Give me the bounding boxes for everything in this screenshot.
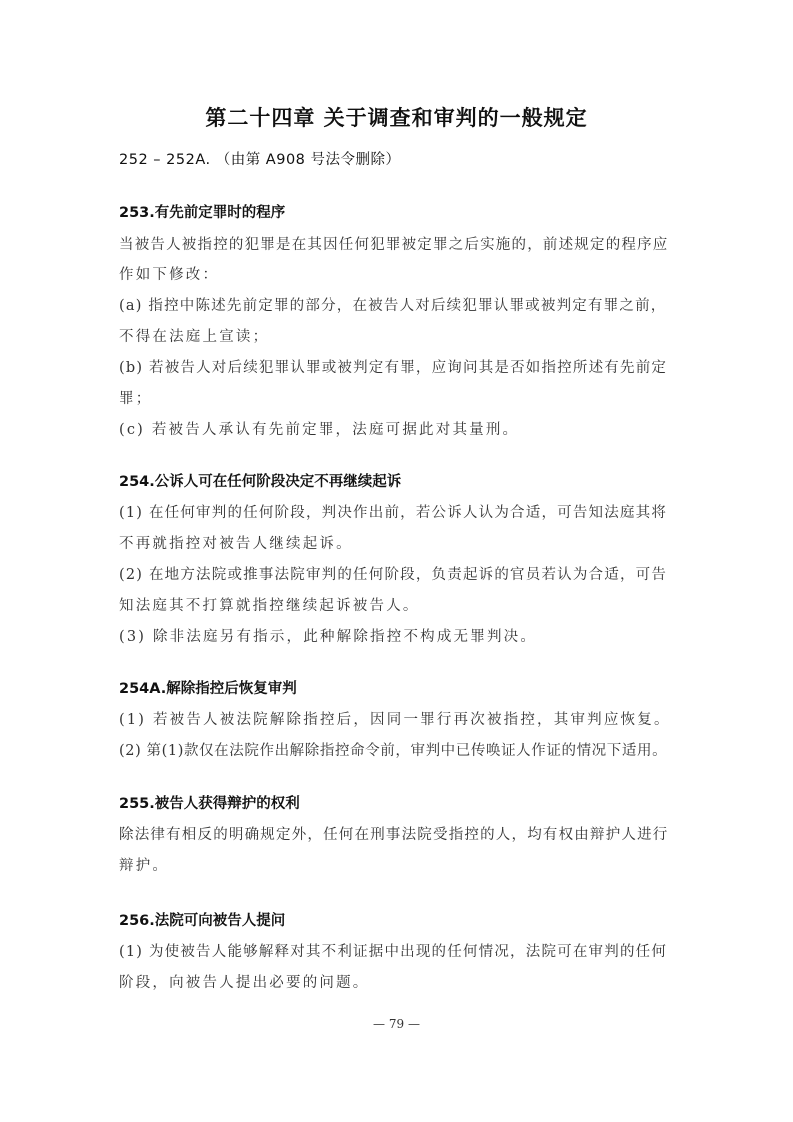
page-number: — 79 — [0,1017,793,1031]
paragraph-line: (2) 在地方法院或推事法院审判的任何阶段，负责起诉的官员若认为合适，可告 [119,565,667,585]
section-heading: 254A.解除指控后恢复审判 [119,679,297,699]
section-heading: 253.有先前定罪时的程序 [119,203,285,223]
section-heading: 255.被告人获得辩护的权利 [119,794,300,814]
paragraph-line: 除法律有相反的明确规定外，任何在刑事法院受指控的人，均有权由辩护人进行 [119,825,669,845]
section-heading: 256.法院可向被告人提问 [119,911,285,931]
paragraph-line: 辩护。 [119,856,169,876]
paragraph-line: (b) 若被告人对后续犯罪认罪或被判定有罪，应询问其是否如指控所述有先前定 [119,358,667,378]
document-page: 第二十四章 关于调查和审判的一般规定 252 – 252A. （由第 A908 … [0,0,793,1122]
paragraph-line: 不得在法庭上宣读； [119,327,269,347]
paragraph-line: (2) 第(1)款仅在法院作出解除指控命令前，审判中已传唤证人作证的情况下适用。 [119,741,667,761]
deleted-sections-note: 252 – 252A. （由第 A908 号法令删除） [119,150,401,170]
paragraph-line: 知法庭其不打算就指控继续起诉被告人。 [119,596,420,616]
paragraph-line: 不再就指控对被告人继续起诉。 [119,534,353,554]
paragraph-line: (a) 指控中陈述先前定罪的部分，在被告人对后续犯罪认罪或被判定有罪之前， [119,296,666,316]
chapter-title: 第二十四章 关于调查和审判的一般规定 [0,102,793,132]
paragraph-line: 作如下修改： [119,265,219,285]
paragraph-line: (c) 若被告人承认有先前定罪，法庭可据此对其量刑。 [119,420,519,440]
paragraph-line: 阶段，向被告人提出必要的问题。 [119,973,370,993]
paragraph-line: (1) 在任何审判的任何阶段，判决作出前，若公诉人认为合适，可告知法庭其将 [119,503,667,523]
paragraph-line: (1) 为使被告人能够解释对其不利证据中出现的任何情况，法院可在审判的任何 [119,942,667,962]
paragraph-line: 当被告人被指控的犯罪是在其因任何犯罪被定罪之后实施的，前述规定的程序应 [119,235,669,255]
section-heading: 254.公诉人可在任何阶段决定不再继续起诉 [119,472,401,492]
paragraph-line: 罪； [119,389,152,409]
paragraph-line: (1) 若被告人被法院解除指控后，因同一罪行再次被指控，其审判应恢复。 [119,710,671,730]
paragraph-line: (3) 除非法庭另有指示，此种解除指控不构成无罪判决。 [119,627,537,647]
